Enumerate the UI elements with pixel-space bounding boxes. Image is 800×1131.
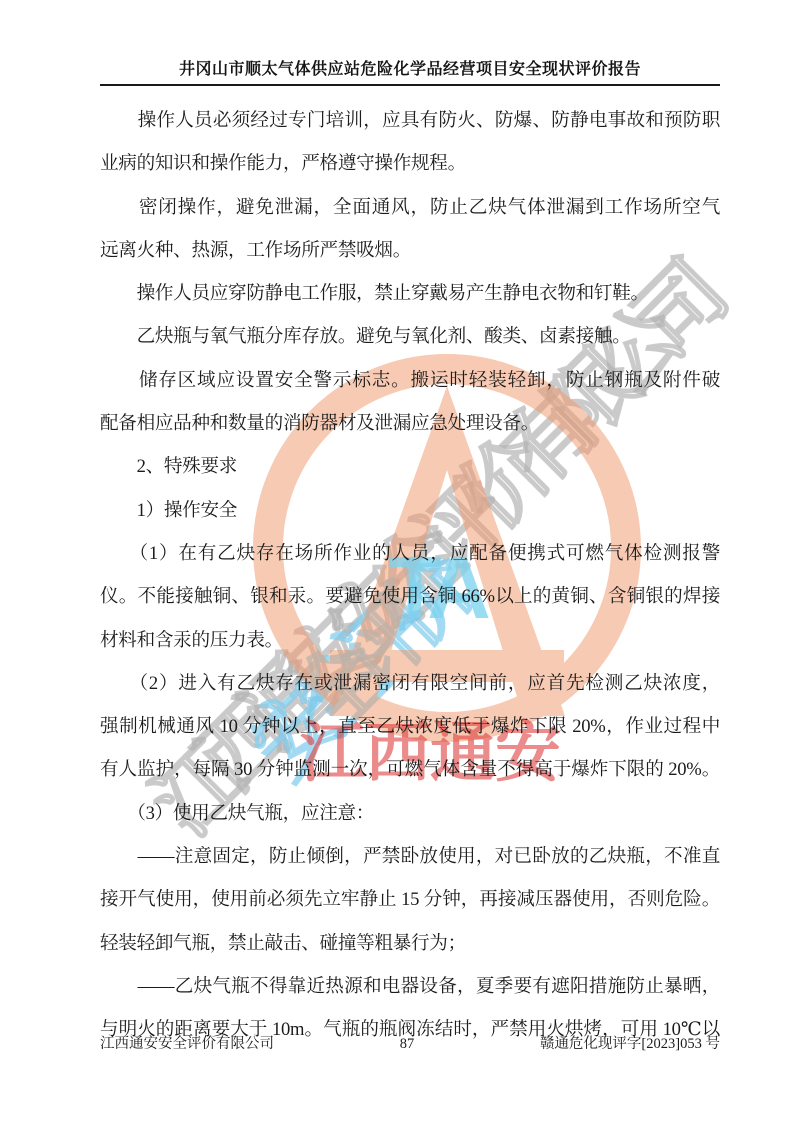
body-line: （1）在有乙炔存在场所作业的人员，应配备便携式可燃气体检测报警 — [100, 532, 720, 575]
document-body: 操作人员必须经过专门培训，应具有防火、防爆、防静电事故和预防职 业病的知识和操作… — [100, 99, 720, 1052]
body-line: ——乙炔气瓶不得靠近热源和电器设备，夏季要有遮阳措施防止暴晒， — [100, 965, 720, 1008]
body-line: 操作人员应穿防静电工作服，禁止穿戴易产生静电衣物和钉鞋。 — [100, 272, 720, 315]
body-line: 远离火种、热源，工作场所严禁吸烟。 — [100, 229, 720, 272]
body-line: 材料和含汞的压力表。 — [100, 619, 720, 662]
body-line: （2）进入有乙炔存在或泄漏密闭有限空间前，应首先检测乙炔浓度， — [100, 662, 720, 705]
body-line: 业病的知识和操作能力，严格遵守操作规程。 — [100, 142, 720, 185]
body-line: 轻装轻卸气瓶，禁止敲击、碰撞等粗暴行为； — [100, 922, 720, 965]
body-line: 乙炔瓶与氧气瓶分库存放。避免与氧化剂、酸类、卤素接触。 — [100, 315, 720, 358]
report-page: { "header": { "title": "井冈山市顺太气体供应站危险化学品… — [0, 0, 800, 1131]
footer-page-number: 87 — [400, 1036, 415, 1053]
body-line: 接开气使用，使用前必须先立牢静止 15 分钟，再接减压器使用，否则危险。 — [100, 878, 720, 921]
page-footer: 江西通安安全评价有限公司 87 赣通危化现评字[2023]053 号 — [100, 1032, 720, 1053]
body-line: （3）使用乙炔气瓶，应注意： — [100, 792, 720, 835]
body-line: 有人监护，每隔 30 分钟监测一次，可燃气体含量不得高于爆炸下限的 20%。 — [100, 748, 720, 791]
body-line: 密闭操作，避免泄漏，全面通风，防止乙炔气体泄漏到工作场所空气中。 — [100, 186, 720, 229]
body-line: 1）操作安全 — [100, 489, 720, 532]
body-line: ——注意固定，防止倾倒，严禁卧放使用，对已卧放的乙炔瓶，不准直 — [100, 835, 720, 878]
page-header: 井冈山市顺太气体供应站危险化学品经营项目安全现状评价报告 — [100, 56, 720, 79]
body-line: 强制机械通风 10 分钟以上，直至乙炔浓度低于爆炸下限 20%，作业过程中 — [100, 705, 720, 748]
header-divider — [100, 84, 720, 86]
body-line: 配备相应品种和数量的消防器材及泄漏应急处理设备。 — [100, 402, 720, 445]
body-line: 储存区域应设置安全警示标志。搬运时轻装轻卸，防止钢瓶及附件破损。 — [100, 359, 720, 402]
report-title: 井冈山市顺太气体供应站危险化学品经营项目安全现状评价报告 — [100, 56, 720, 79]
body-line: 2、特殊要求 — [100, 445, 720, 488]
footer-company: 江西通安安全评价有限公司 — [100, 1032, 274, 1053]
body-line: 操作人员必须经过专门培训，应具有防火、防爆、防静电事故和预防职 — [100, 99, 720, 142]
body-line: 仪。不能接触铜、银和汞。要避免使用含铜 66%以上的黄铜、含铜银的焊接 — [100, 575, 720, 618]
footer-doc-number: 赣通危化现评字[2023]053 号 — [540, 1032, 720, 1053]
